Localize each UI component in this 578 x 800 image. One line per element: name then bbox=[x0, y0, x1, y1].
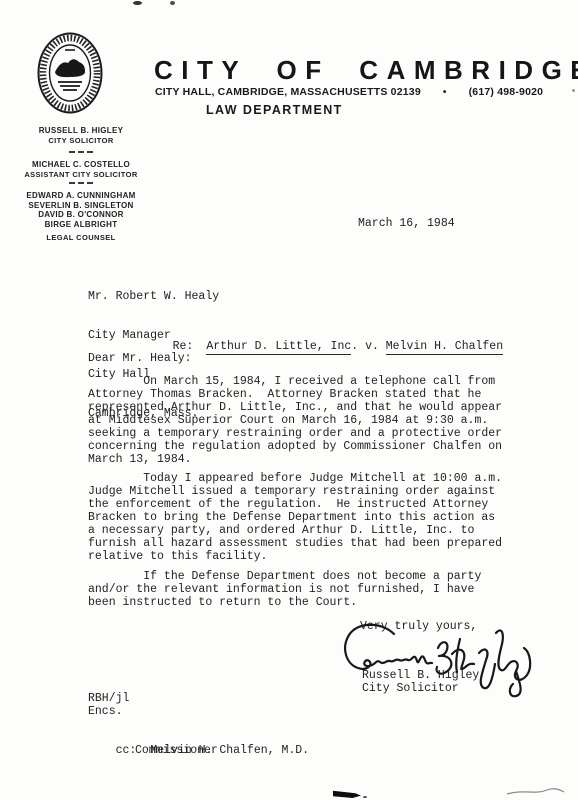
scan-artifact bbox=[363, 796, 367, 798]
scan-artifact bbox=[133, 1, 142, 5]
letter-date: March 16, 1984 bbox=[358, 217, 455, 230]
officials-group-3: EDWARD A. CUNNINGHAM SEVERLIN B. SINGLET… bbox=[5, 191, 157, 230]
case-party-1: Arthur D. Little, Inc bbox=[206, 340, 351, 355]
officials-group-2: MICHAEL C. COSTELLO ASSISTANT CITY SOLIC… bbox=[5, 160, 157, 179]
letterhead-phone: (617) 498-9020 bbox=[469, 86, 544, 98]
cc-title: Commissioner bbox=[135, 744, 218, 757]
official-name: EDWARD A. CUNNINGHAM bbox=[5, 191, 157, 201]
body-paragraph: If the Defense Department does not becom… bbox=[88, 570, 481, 609]
complimentary-closing: Very truly yours, bbox=[360, 620, 477, 633]
ink-smudge bbox=[333, 790, 361, 798]
official-name: SEVERLIN B. SINGLETON bbox=[5, 201, 157, 211]
subject-line: Re:Arthur D. Little, Inc. v. Melvin H. C… bbox=[145, 327, 503, 366]
body-paragraph: On March 15, 1984, I received a telephon… bbox=[88, 375, 502, 466]
city-seal-icon bbox=[37, 32, 103, 114]
letterhead-title: CITY OF CAMBRIDGE bbox=[154, 55, 578, 86]
case-party-2: Melvin H. Chalfen bbox=[386, 340, 503, 355]
official-name: MICHAEL C. COSTELLO bbox=[5, 160, 157, 170]
bullet-separator: • bbox=[443, 87, 447, 98]
recipient-line: Mr. Robert W. Healy bbox=[88, 290, 219, 303]
official-name: BIRGE ALBRIGHT bbox=[5, 220, 157, 230]
scan-artifact bbox=[572, 89, 575, 92]
letterhead-address: CITY HALL, CAMBRIDGE, MASSACHUSETTS 0213… bbox=[155, 86, 421, 98]
officials-divider bbox=[5, 151, 157, 153]
official-title: LEGAL COUNSEL bbox=[5, 233, 157, 242]
letterhead-address-line: CITY HALL, CAMBRIDGE, MASSACHUSETTS 0213… bbox=[155, 86, 543, 98]
case-separator: . v. bbox=[351, 340, 386, 353]
scan-squiggle bbox=[505, 786, 567, 797]
letter-page: CITY OF CAMBRIDGE CITY HALL, CAMBRIDGE, … bbox=[0, 0, 578, 800]
enclosures-note: Encs. bbox=[88, 705, 123, 718]
signer-name: Russell B. Higley bbox=[362, 669, 479, 682]
letterhead-department: LAW DEPARTMENT bbox=[206, 103, 343, 117]
official-name: RUSSELL B. HIGLEY bbox=[5, 126, 157, 136]
salutation: Dear Mr. Healy: bbox=[88, 352, 192, 365]
official-title: CITY SOLICITOR bbox=[5, 136, 157, 145]
cc-label: cc: bbox=[116, 744, 137, 757]
official-name: DAVID B. O'CONNOR bbox=[5, 210, 157, 220]
reference-initials: RBH/jl bbox=[88, 692, 129, 705]
scan-artifact bbox=[170, 1, 175, 5]
officials-group-1: RUSSELL B. HIGLEY CITY SOLICITOR bbox=[5, 126, 157, 145]
body-paragraph: Today I appeared before Judge Mitchell a… bbox=[88, 472, 502, 563]
official-title: ASSISTANT CITY SOLICITOR bbox=[5, 170, 157, 179]
officials-divider bbox=[5, 182, 157, 184]
signer-title: City Solicitor bbox=[362, 682, 459, 695]
